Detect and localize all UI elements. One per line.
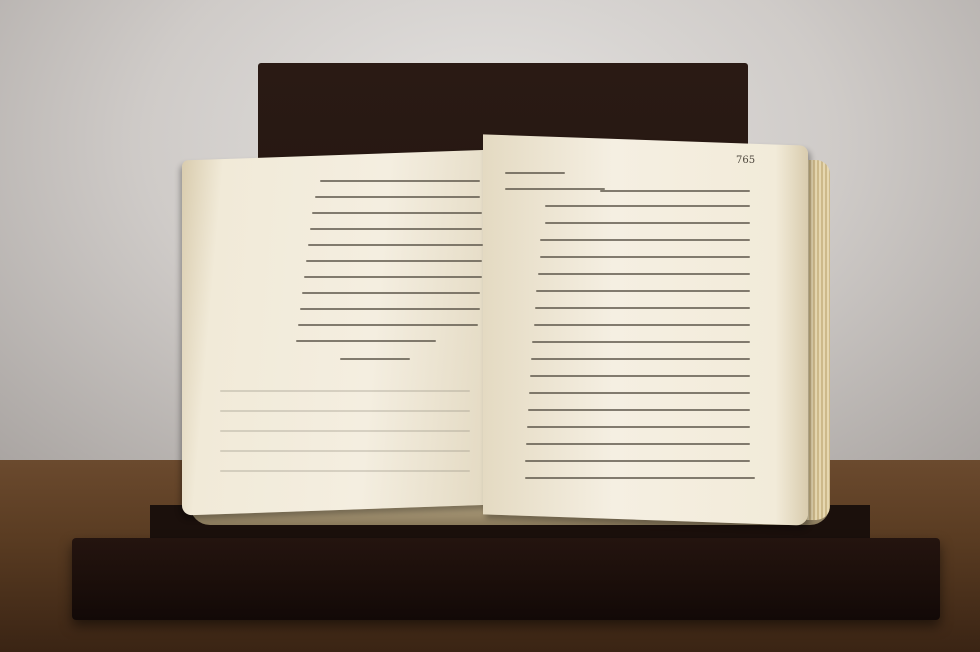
folio-number: 765 <box>736 155 755 166</box>
manuscript-right-page <box>483 134 808 525</box>
manuscript-left-page <box>182 149 497 515</box>
book-stand-base <box>72 538 940 620</box>
